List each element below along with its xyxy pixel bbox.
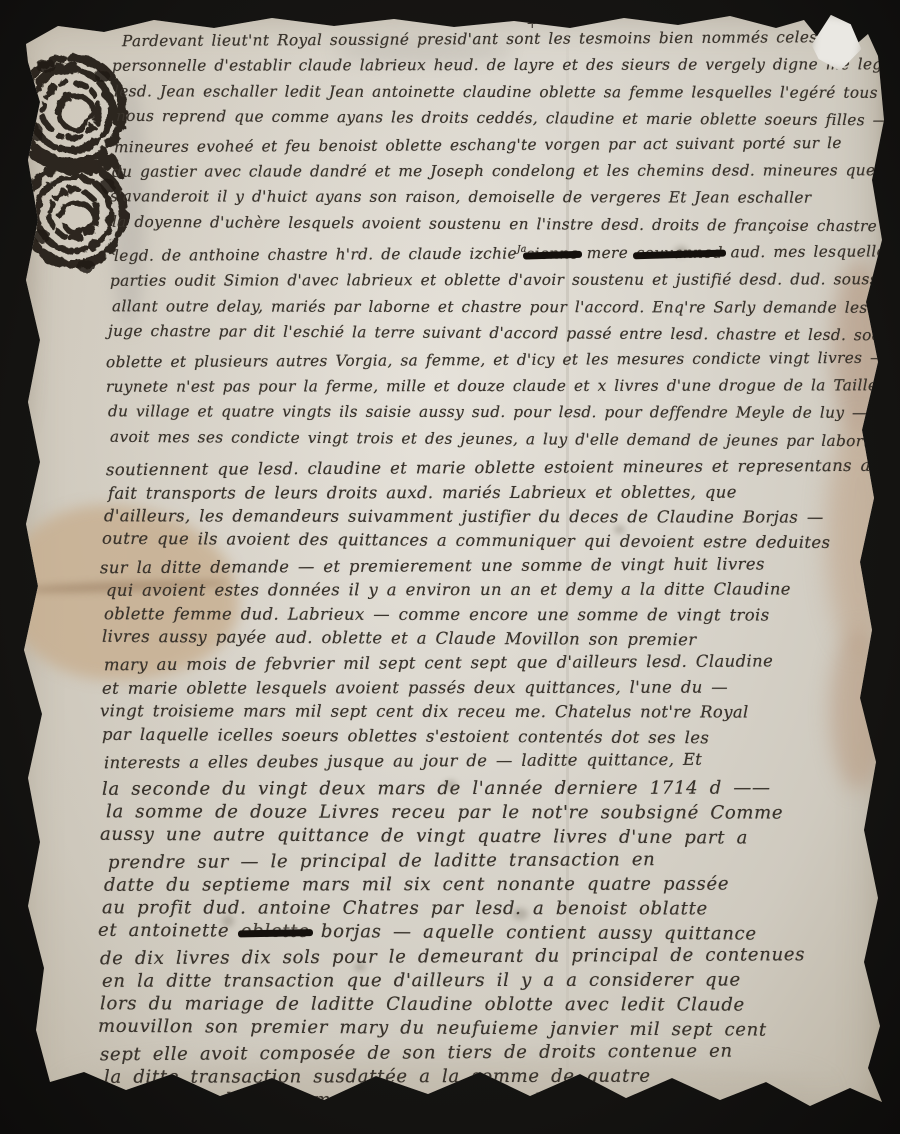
manuscript-page: + Pardevant lieut'nt Royal soussigné pre… xyxy=(14,10,886,1122)
handwritten-text: et antoinette xyxy=(98,920,241,942)
handwritten-text: livres aussy payée aud. oblette et a Cla… xyxy=(102,627,697,649)
handwritten-text: outre que ils avoient des quittances a c… xyxy=(102,529,830,552)
manuscript-line: en la ditte transaction que d'ailleurs i… xyxy=(102,969,874,994)
manuscript-line: s'avanderoit il y d'huict ayans son rais… xyxy=(110,184,874,212)
handwritten-text: legd. de anthoine chastre h'rd. de claud… xyxy=(114,245,517,265)
handwritten-text: nous reprend que comme ayans les droits … xyxy=(116,107,888,129)
handwritten-text: du village et quatre vingts ils saisie a… xyxy=(108,403,868,422)
manuscript-line: prendre sur — le principal de laditte tr… xyxy=(108,847,874,875)
handwritten-text: oblette femme dud. Labrieux — comme enco… xyxy=(104,604,770,624)
manuscript-line: vingt deux livres compris — le legat a e… xyxy=(106,1089,874,1114)
manuscript-line: lors du mariage de laditte Claudine oblo… xyxy=(100,993,874,1018)
manuscript-line: avoit mes ses condicte vingt trois et de… xyxy=(110,424,874,455)
handwritten-text: ruynete n'est pas pour la ferme, mille e… xyxy=(106,376,877,395)
handwritten-text: lors du mariage de laditte Claudine oblo… xyxy=(100,994,745,1016)
handwritten-text: soutiennent que lesd. claudine et marie … xyxy=(106,456,900,480)
manuscript-line: la seconde du vingt deux mars de l'année… xyxy=(102,777,874,802)
manuscript-line: fait transports de leurs droits auxd. ma… xyxy=(108,480,874,506)
manuscript-line: allant outre delay, mariés par laborne e… xyxy=(112,293,874,321)
manuscript-line: de dix livres dix sols pour le demeurant… xyxy=(100,943,874,971)
handwritten-text: sur la ditte demande — et premierement u… xyxy=(100,554,765,577)
struck-out-text: oblette xyxy=(241,921,310,942)
manuscript-line: la ditte transaction susdattée a la somm… xyxy=(104,1065,874,1090)
manuscript-line: parties oudit Simion d'avec labrieux et … xyxy=(110,267,874,295)
handwritten-text: avoit mes ses condicte vingt trois et de… xyxy=(110,428,900,451)
handwritten-text: interests a elles deubes jusque au jour … xyxy=(104,750,702,772)
manuscript-line: lesd. Jean eschaller ledit Jean antoinet… xyxy=(114,78,874,106)
handwritten-text: mere xyxy=(579,244,636,262)
handwritten-text: mouvillon son premier mary du neufuieme … xyxy=(98,1016,767,1041)
manuscript-line: du village et quatre vingts ils saisie a… xyxy=(108,399,874,427)
manuscript-line: sur la ditte demande — et premierement u… xyxy=(100,552,874,581)
manuscript-line: au profit dud. antoine Chatres par lesd.… xyxy=(102,897,874,922)
handwritten-text: prendre sur — le principal de laditte tr… xyxy=(108,849,656,873)
manuscript-line: ruynete n'est pas pour la ferme, mille e… xyxy=(106,372,874,400)
handwritten-text: oblette et plusieurs autres Vorgia, sa f… xyxy=(106,348,886,370)
handwritten-text: la ditte transaction susdattée a la somm… xyxy=(104,1066,651,1088)
handwritten-text: vingt deux livres compris — le legat a e… xyxy=(106,1090,610,1112)
handwritten-text: la somme de douze Livres receu par le no… xyxy=(106,802,783,824)
handwritten-text: lesd. Jean eschaller ledit Jean antoinet… xyxy=(114,82,900,102)
handwritten-text: la doyenne d'uchère lesquels avoient sou… xyxy=(112,213,900,236)
handwritten-text: borjas — aquelle contient aussy quittanc… xyxy=(309,921,756,945)
handwritten-text: personnelle d'establir claude labrieux h… xyxy=(112,56,900,76)
manuscript-line: Pardevant lieut'nt Royal soussigné presi… xyxy=(122,24,874,55)
handwritten-text: Pardevant lieut'nt Royal soussigné presi… xyxy=(122,28,818,50)
handwritten-text: la seconde du vingt deux mars de l'année… xyxy=(102,778,771,800)
handwritten-text: par laquelle icelles soeurs oblettes s'e… xyxy=(102,724,709,746)
manuscript-line: mary au mois de febvrier mil sept cent s… xyxy=(104,649,874,678)
handwritten-text: mineures evoheé et feu benoist oblette e… xyxy=(114,134,842,156)
manuscript-line: nous reprend que comme ayans les droits … xyxy=(116,103,874,134)
manuscript-line: d'ailleurs, les demandeurs suivamment ju… xyxy=(104,504,874,530)
manuscript-line: mineures evoheé et feu benoist oblette e… xyxy=(114,129,874,160)
manuscript-line: soutiennent que lesd. claudine et marie … xyxy=(106,454,874,483)
handwritten-text: mary au mois de febvrier mil sept cent s… xyxy=(104,652,773,675)
handwritten-text: aussy une autre quittance de vingt quatr… xyxy=(100,824,748,849)
handwritten-text: de dix livres dix sols pour le demeurant… xyxy=(100,945,805,970)
handwritten-text: allant outre delay, mariés par laborne e… xyxy=(112,297,900,317)
manuscript-line: juge chastre par dit l'eschié la terre s… xyxy=(108,318,874,349)
struck-out-text: sienne xyxy=(526,244,579,262)
text-block: Pardevant lieut'nt Royal soussigné presi… xyxy=(98,26,874,1113)
manuscript-line: oblette femme dud. Labrieux — comme enco… xyxy=(104,602,874,628)
handwritten-text: juge chastre par dit l'eschié la terre s… xyxy=(108,322,900,345)
handwritten-text: s'avanderoit il y d'huict ayans son rais… xyxy=(110,188,811,207)
manuscript-line: qui avoient estes données il y a environ… xyxy=(106,577,874,603)
handwritten-text: qui avoient estes données il y a environ… xyxy=(106,580,791,600)
handwritten-text: aud. mes lesquelles xyxy=(723,243,894,262)
manuscript-line: et marie oblette lesquels avoient passés… xyxy=(102,675,874,701)
manuscript-line: la somme de douze Livres receu par le no… xyxy=(106,801,874,826)
photograph-background: + Pardevant lieut'nt Royal soussigné pre… xyxy=(0,0,900,1134)
manuscript-line: datte du septieme mars mil six cent nona… xyxy=(104,873,874,898)
handwritten-text: datte du septieme mars mil six cent nona… xyxy=(104,874,729,896)
manuscript-line: interests a elles deubes jusque au jour … xyxy=(104,747,874,776)
handwritten-text: au profit dud. antoine Chatres par lesd.… xyxy=(102,898,708,920)
handwritten-text: d'ailleurs, les demandeurs suivamment ju… xyxy=(104,506,824,526)
handwritten-text: du gastier avec claude dandré et me Jose… xyxy=(112,161,900,181)
handwritten-text: parties oudit Simion d'avec labrieux et … xyxy=(110,270,900,290)
manuscript-line: vingt troisieme mars mil sept cent dix r… xyxy=(100,699,874,725)
handwritten-text: vingt troisieme mars mil sept cent dix r… xyxy=(100,701,749,721)
handwritten-text: et marie oblette lesquels avoient passés… xyxy=(102,677,728,697)
handwritten-text: en la ditte transaction que d'ailleurs i… xyxy=(102,970,741,992)
handwritten-text: fait transports de leurs droits auxd. ma… xyxy=(108,482,737,502)
manuscript-line: legd. de anthoine chastre h'rd. de claud… xyxy=(114,235,874,269)
manuscript-line: du gastier avec claude dandré et me Jose… xyxy=(112,157,874,185)
handwritten-text: sept elle avoit composée de son tiers de… xyxy=(100,1041,733,1066)
manuscript-line: sept elle avoit composée de son tiers de… xyxy=(100,1039,874,1067)
manuscript-line: personnelle d'establir claude labrieux h… xyxy=(112,52,874,80)
manuscript-line: oblette et plusieurs autres Vorgia, sa f… xyxy=(106,344,874,375)
stain xyxy=(8,70,34,430)
struck-out-text: couvanned xyxy=(636,244,723,263)
